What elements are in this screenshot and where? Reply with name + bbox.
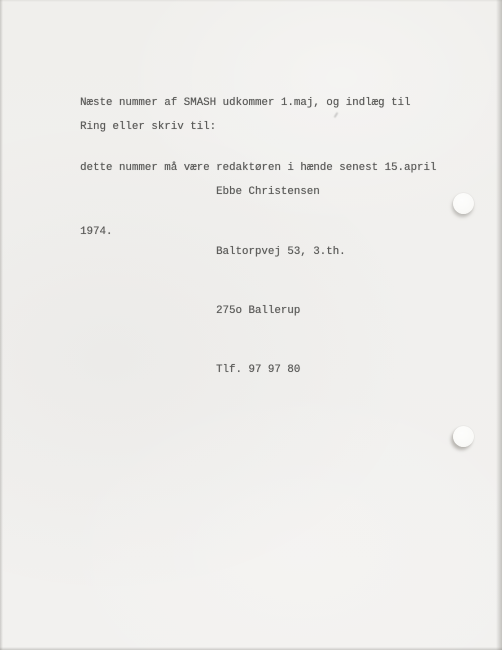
contact-address-block: Ebbe Christensen Baltorpvej 53, 3.th. 27… [216, 144, 346, 420]
contact-street: Baltorpvej 53, 3.th. [216, 243, 346, 263]
scan-edge-left [0, 0, 3, 650]
punch-hole-bottom [453, 426, 474, 447]
contact-city: 275o Ballerup [216, 302, 346, 322]
paragraph-line: Næste nummer af SMASH udkommer 1.maj, og… [80, 93, 436, 115]
contact-phone: Tlf. 97 97 80 [216, 361, 346, 381]
contact-name: Ebbe Christensen [216, 183, 346, 203]
contact-heading: Ring eller skriv til: [80, 117, 216, 139]
scan-edge-right [496, 0, 502, 650]
scanned-document-page: Næste nummer af SMASH udkommer 1.maj, og… [0, 0, 502, 650]
punch-hole-top [453, 193, 474, 214]
scan-edge-top [0, 0, 502, 2]
